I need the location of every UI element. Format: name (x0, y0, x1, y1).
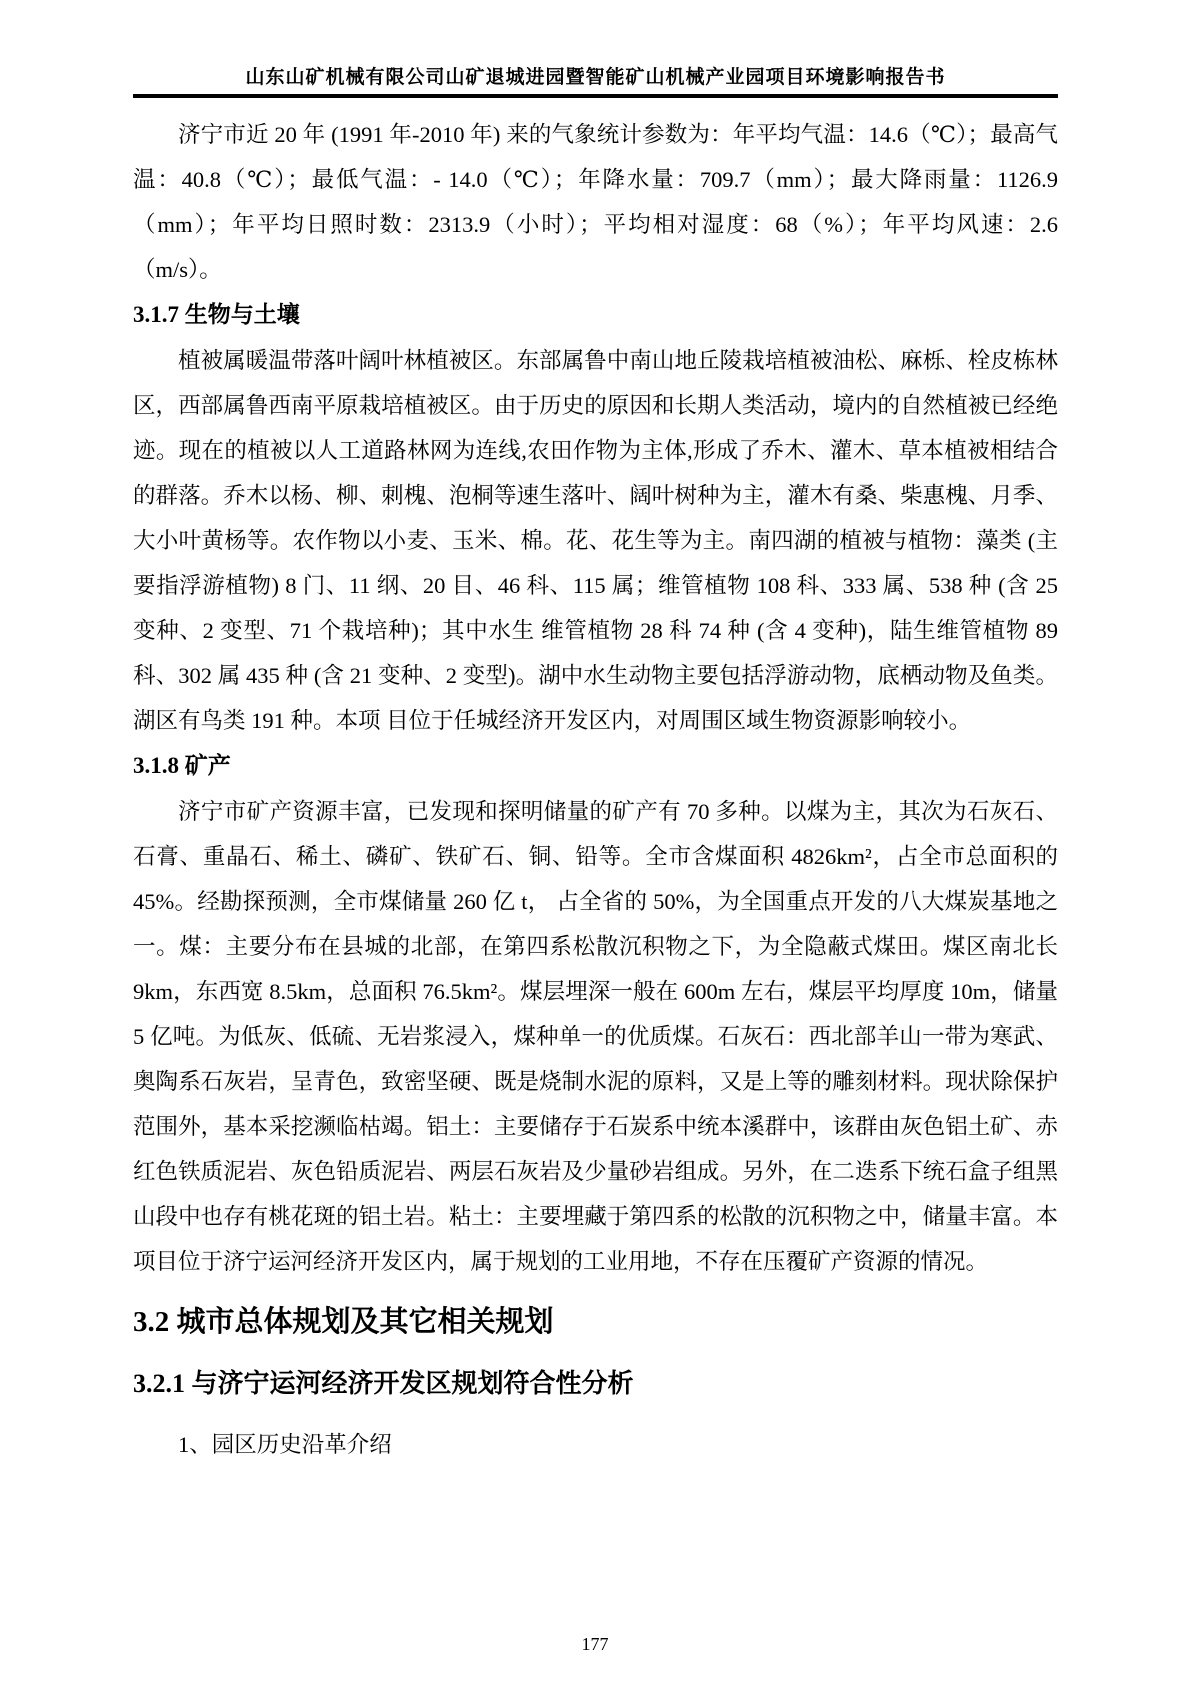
heading-3-1-7-biology-soil: 3.1.7 生物与土壤 (133, 292, 1058, 338)
heading-3-2-1-plan-conformity-analysis: 3.2.1 与济宁运河经济开发区规划符合性分析 (133, 1352, 1058, 1416)
heading-3-2-urban-master-plan: 3.2 城市总体规划及其它相关规划 (133, 1292, 1058, 1352)
report-header-title: 山东山矿机械有限公司山矿退城进园暨智能矿山机械产业园项目环境影响报告书 (133, 62, 1058, 89)
paragraph-mineral-resources: 济宁市矿产资源丰富，已发现和探明储量的矿产有 70 多种。以煤为主，其次为石灰石… (133, 789, 1058, 1284)
paragraph-climate-statistics: 济宁市近 20 年 (1991 年-2010 年) 来的气象统计参数为：年平均气… (133, 112, 1058, 292)
header-double-rule (133, 94, 1058, 98)
heading-3-1-8-minerals: 3.1.8 矿产 (133, 743, 1058, 789)
document-page: 山东山矿机械有限公司山矿退城进园暨智能矿山机械产业园项目环境影响报告书 济宁市近… (0, 0, 1190, 1683)
list-item-park-history-intro: 1、园区历史沿革介绍 (133, 1416, 1058, 1474)
paragraph-vegetation-biology: 植被属暖温带落叶阔叶林植被区。东部属鲁中南山地丘陵栽培植被油松、麻栎、栓皮栋林区… (133, 338, 1058, 743)
page-body: 济宁市近 20 年 (1991 年-2010 年) 来的气象统计参数为：年平均气… (133, 112, 1058, 1474)
page-number: 177 (0, 1634, 1190, 1655)
